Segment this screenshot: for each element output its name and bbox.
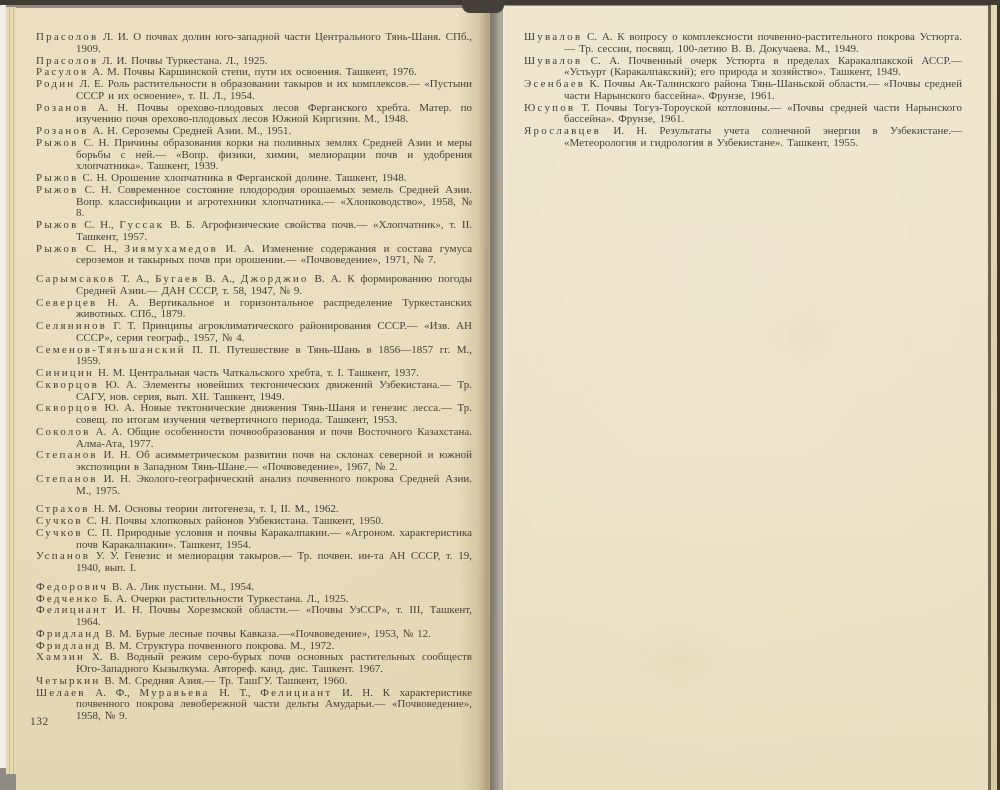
bibliography-entry: Эсенбаев К. Почвы Ак-Талинского района Т… bbox=[524, 79, 962, 103]
bibliography-entry: Розанов А. Н. Сероземы Средней Азии. М.,… bbox=[36, 126, 472, 138]
author-surname: Шелаев bbox=[36, 687, 86, 699]
author-surname: Скворцов bbox=[36, 402, 99, 414]
author-surname: Бугаев bbox=[155, 273, 199, 285]
author-surname: Селянинов bbox=[36, 320, 107, 332]
author-surname: Ярославцев bbox=[524, 125, 601, 137]
author-surname: Степанов bbox=[36, 449, 98, 461]
bibliography-entry: Юсупов Т. Почвы Тогуз-Тороуской котловин… bbox=[524, 103, 962, 127]
bibliography-entry: Фридланд В. М. Бурые лесные почвы Кавказ… bbox=[36, 629, 472, 641]
author-surname: Федченко bbox=[36, 593, 99, 605]
book-scan: Прасолов Л. И. О почвах долин юго-западн… bbox=[0, 0, 1000, 790]
author-surname: Четыркин bbox=[36, 675, 100, 687]
bibliography-entry: Рыжов С. Н., Гуссак В. Б. Агрофизические… bbox=[36, 220, 472, 244]
author-surname: Шувалов bbox=[524, 31, 582, 43]
bibliography-entry: Рыжов С. Н., Зиямухамедов И. А. Изменени… bbox=[36, 244, 472, 268]
book-page-stack-edge bbox=[6, 7, 16, 774]
author-surname: Фридланд bbox=[36, 628, 101, 640]
bibliography-entry: Скворцов Ю. А. Элементы новейших тектони… bbox=[36, 380, 472, 404]
author-surname: Муравьева bbox=[139, 687, 209, 699]
bibliography-entry: Селянинов Г. Т. Принципы агроклиматическ… bbox=[36, 321, 472, 345]
author-surname: Розанов bbox=[36, 125, 89, 137]
author-surname: Страхов bbox=[36, 503, 90, 515]
bibliography-entry: Рыжов С. Н. Современное состояние плодор… bbox=[36, 185, 472, 220]
bibliography-list-right: Шувалов С. А. К вопросу о комплексности … bbox=[524, 32, 962, 150]
author-surname: Прасолов bbox=[36, 31, 98, 43]
bibliography-entry: Сучков С. Н. Почвы хлопковых районов Узб… bbox=[36, 516, 472, 528]
bibliography-entry: Сарымсаков Т. А., Бугаев В. А., Джорджио… bbox=[36, 274, 472, 298]
author-surname: Соколов bbox=[36, 426, 91, 438]
author-surname: Синицин bbox=[36, 367, 94, 379]
bibliography-entry: Шелаев А. Ф., Муравьева Н. Т., Фелициант… bbox=[36, 688, 472, 723]
bibliography-entry: Хамзин Х. В. Водный режим серо-бурых поч… bbox=[36, 652, 472, 676]
bibliography-entry: Степанов И. Н. Эколого-географический ан… bbox=[36, 474, 472, 498]
bibliography-entry: Четыркин В. М. Средняя Азия.— Тр. ТашГУ.… bbox=[36, 676, 472, 688]
author-surname: Сучков bbox=[36, 515, 83, 527]
bibliography-entry: Скворцов Ю. А. Новые тектонические движе… bbox=[36, 403, 472, 427]
author-surname: Скворцов bbox=[36, 379, 99, 391]
author-surname: Розанов bbox=[36, 102, 89, 114]
author-surname: Рыжов bbox=[36, 172, 79, 184]
bibliography-list-left: Прасолов Л. И. О почвах долин юго-западн… bbox=[36, 32, 472, 723]
author-surname: Рыжов bbox=[36, 243, 79, 255]
bibliography-entry: Успанов У. У. Генезис и мелиорация такыр… bbox=[36, 551, 472, 575]
bibliography-entry: Шувалов С. А. К вопросу о комплексности … bbox=[524, 32, 962, 56]
author-surname: Рыжов bbox=[36, 219, 79, 231]
bibliography-entry: Синицин Н. М. Центральная часть Чаткальс… bbox=[36, 368, 472, 380]
author-surname: Успанов bbox=[36, 550, 90, 562]
author-surname: Шувалов bbox=[524, 55, 582, 67]
bibliography-entry: Ярославцев И. Н. Результаты учета солнеч… bbox=[524, 126, 962, 150]
bibliography-entry: Фелициант И. Н. Почвы Хорезмской области… bbox=[36, 605, 472, 629]
author-surname: Фелициант bbox=[36, 604, 108, 616]
author-surname: Эсенбаев bbox=[524, 78, 585, 90]
bibliography-entry: Северцев Н. А. Вертикальное и горизонтал… bbox=[36, 298, 472, 322]
bibliography-entry: Федорович В. А. Лик пустыни. М., 1954. bbox=[36, 582, 472, 594]
author-surname: Рыжов bbox=[36, 184, 79, 196]
bibliography-entry: Розанов А. Н. Почвы орехово-плодовых лес… bbox=[36, 103, 472, 127]
bibliography-entry: Рыжов С. Н. Орошение хлопчатника в Ферга… bbox=[36, 173, 472, 185]
bibliography-entry: Родин Л. Е. Роль растительности в образо… bbox=[36, 79, 472, 103]
author-surname: Фридланд bbox=[36, 640, 101, 652]
bibliography-entry: Семенов-Тяньшанский П. П. Путешествие в … bbox=[36, 345, 472, 369]
author-surname: Семенов-Тяньшанский bbox=[36, 344, 186, 356]
author-surname: Федорович bbox=[36, 581, 108, 593]
author-surname: Юсупов bbox=[524, 102, 575, 114]
bibliography-entry: Сучков С. П. Природные условия и почвы К… bbox=[36, 528, 472, 552]
author-surname: Гуссак bbox=[119, 219, 164, 231]
bibliography-entry: Рыжов С. Н. Причины образования корки на… bbox=[36, 138, 472, 173]
page-number: 132 bbox=[30, 716, 49, 728]
author-surname: Рыжов bbox=[36, 137, 79, 149]
author-surname: Родин bbox=[36, 78, 75, 90]
author-surname: Прасолов bbox=[36, 55, 98, 67]
author-surname: Степанов bbox=[36, 473, 98, 485]
author-surname: Зиямухамедов bbox=[125, 243, 219, 255]
author-surname: Сарымсаков bbox=[36, 273, 115, 285]
author-surname: Сучков bbox=[36, 527, 83, 539]
bibliography-entry: Шувалов С. А. Почвенный очерк Устюрта в … bbox=[524, 56, 962, 80]
bibliography-entry: Соколов А. А. Общие особенности почвообр… bbox=[36, 427, 472, 451]
bibliography-entry: Прасолов Л. И. О почвах долин юго-западн… bbox=[36, 32, 472, 56]
book-spine-notch bbox=[462, 0, 504, 13]
author-surname: Северцев bbox=[36, 297, 97, 309]
author-surname: Расулов bbox=[36, 66, 88, 78]
author-surname: Фелициант bbox=[260, 687, 332, 699]
bibliography-entry: Степанов И. Н. Об асимметрическом развит… bbox=[36, 450, 472, 474]
author-surname: Джорджио bbox=[241, 273, 309, 285]
author-surname: Хамзин bbox=[36, 651, 85, 663]
